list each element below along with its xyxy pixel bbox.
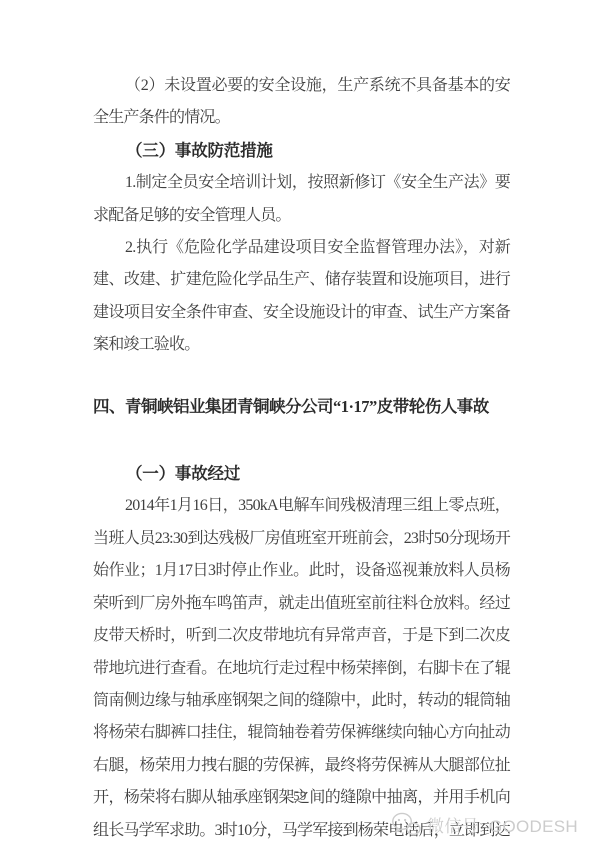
- paragraph-unsafe-facilities: （2）未设置必要的安全设施，生产系统不具备基本的安全生产条件的情况。: [93, 70, 510, 135]
- content-area: （2）未设置必要的安全设施，生产系统不具备基本的安全生产条件的情况。 （三）事故…: [93, 70, 510, 847]
- page-number: 59: [0, 789, 600, 804]
- document-page: （2）未设置必要的安全设施，生产系统不具备基本的安全生产条件的情况。 （三）事故…: [0, 0, 600, 848]
- chapter-title-accident-4: 四、青铜峡铝业集团青铜峡分公司“1·17”皮带轮伤人事故: [93, 391, 510, 423]
- watermark: 微信号: GOODESH: [391, 811, 578, 837]
- heading-prevention-measures: （三）事故防范措施: [93, 135, 510, 167]
- heading-accident-course: （一）事故经过: [93, 458, 510, 490]
- paragraph-measure-2: 2.执行《危险化学品建设项目安全监督管理办法》，对新建、改建、扩建危险化学品生产…: [93, 232, 510, 362]
- wechat-icon: [391, 811, 421, 837]
- watermark-text: 微信号: GOODESH: [427, 812, 578, 837]
- paragraph-measure-1: 1.制定全员安全培训计划，按照新修订《安全生产法》要求配备足够的安全管理人员。: [93, 167, 510, 232]
